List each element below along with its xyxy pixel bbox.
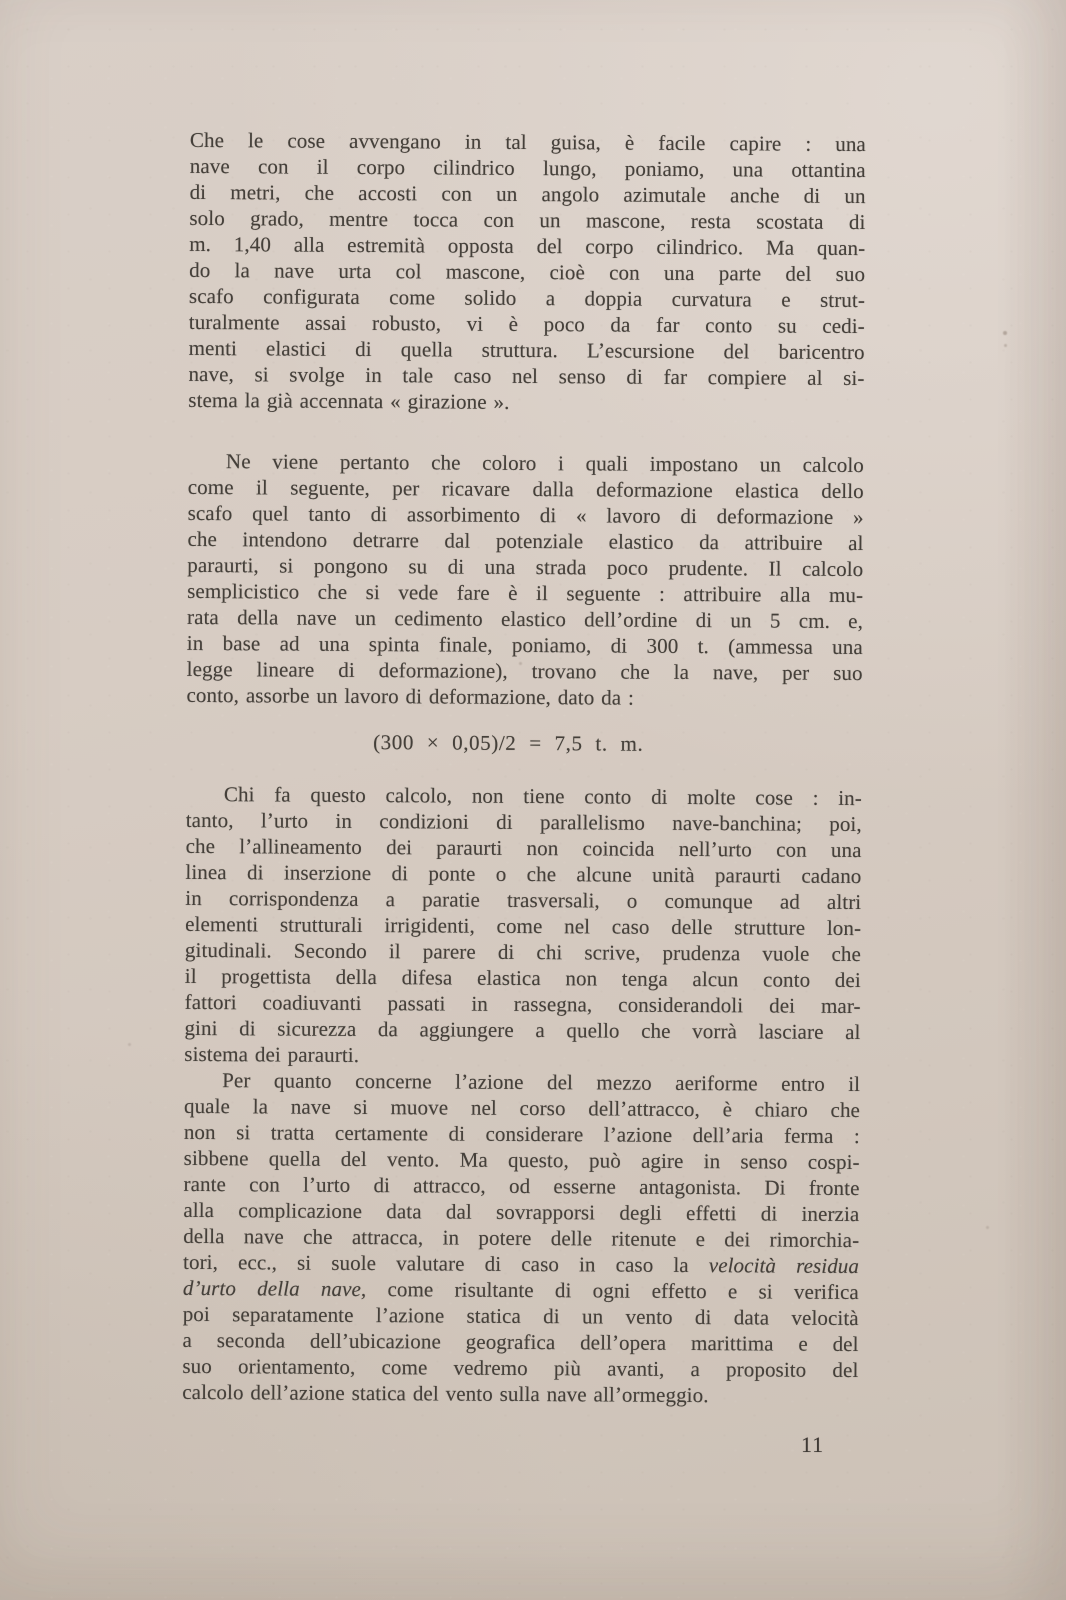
- paper-speck: [986, 1226, 989, 1229]
- text-line: della nave che attracca, in potere delle…: [183, 1223, 859, 1253]
- text-line: sistema dei paraurti.: [184, 1041, 860, 1071]
- text-column: Che le cose avvengano in tal guisa, è fa…: [182, 127, 866, 1409]
- text-line: a seconda dell’ubicazione geografica del…: [183, 1327, 859, 1357]
- text-line: nave, si svolge in tale caso nel senso d…: [188, 361, 864, 391]
- paper-speck: [1004, 344, 1007, 347]
- text-line: Chi fa questo calcolo, non tiene conto d…: [186, 781, 862, 811]
- text-line: alla complicazione data dal sovrapporsi …: [183, 1197, 859, 1227]
- text-line: scafo configurata come solido a doppia c…: [189, 283, 865, 313]
- text-line: turalmente assai robusto, vi è poco da f…: [189, 309, 865, 339]
- paragraph: Per quanto concerne l’azione del mezzo a…: [182, 1067, 860, 1409]
- text-line: linea di inserzione di ponte o che alcun…: [185, 859, 861, 889]
- text-line: d’urto della nave, come risultante di og…: [183, 1275, 859, 1305]
- text-line: rata della nave un cedimento elastico de…: [187, 604, 863, 634]
- paper-speck: [1003, 331, 1007, 335]
- text-line: gini di sicurezza da aggiungere a quello…: [184, 1015, 860, 1045]
- paper-speck: [519, 662, 522, 665]
- text-line: sibbene quella del vento. Ma questo, può…: [184, 1145, 860, 1175]
- text-line: Ne viene pertanto che coloro i quali imp…: [188, 448, 864, 478]
- text-line: suo orientamento, come vedremo più avant…: [182, 1353, 858, 1383]
- paragraph: Chi fa questo calcolo, non tiene conto d…: [184, 781, 862, 1071]
- text-line: m. 1,40 alla estremità opposta del corpo…: [189, 231, 865, 261]
- text-line: semplicistico che si vede fare è il segu…: [187, 578, 863, 608]
- text-line: Per quanto concerne l’azione del mezzo a…: [184, 1067, 860, 1097]
- text-line: paraurti, si pongono su di una strada po…: [187, 552, 863, 582]
- text-line: quale la nave si muove nel corso dell’at…: [184, 1093, 860, 1123]
- page-number: 11: [801, 1432, 824, 1458]
- text-line: tanto, l’urto in condizioni di paralleli…: [186, 807, 862, 837]
- text-line: gitudinali. Secondo il parere di chi scr…: [185, 937, 861, 967]
- text-line: di metri, che accosti con un angolo azim…: [190, 179, 866, 209]
- text-line: stema la già accennata « girazione ».: [188, 387, 864, 417]
- text-line: in base ad una spinta finale, poniamo, d…: [187, 630, 863, 660]
- paper-speck: [128, 1043, 131, 1046]
- text-line: in corrispondenza a paratie trasversali,…: [185, 885, 861, 915]
- paragraph: Ne viene pertanto che coloro i quali imp…: [186, 448, 864, 712]
- text-line: come il seguente, per ricavare dalla def…: [188, 474, 864, 504]
- paragraph: Che le cose avvengano in tal guisa, è fa…: [188, 127, 866, 417]
- text-line: legge lineare di deformazione), trovano …: [187, 656, 863, 686]
- text-line: Che le cose avvengano in tal guisa, è fa…: [190, 127, 866, 157]
- text-line: che l’allineamento dei paraurti non coin…: [186, 833, 862, 863]
- text-line: menti elastici di quella struttura. L’es…: [189, 335, 865, 365]
- text-line: scafo quel tanto di assorbimento di « la…: [188, 500, 864, 530]
- text-line: poi separatamente l’azione statica di un…: [183, 1301, 859, 1331]
- text-line: fattori coadiuvanti passati in rassegna,…: [185, 989, 861, 1019]
- formula: (300 × 0,05)/2 = 7,5 t. m.: [170, 728, 846, 758]
- text-line: rante con l’urto di attracco, od esserne…: [183, 1171, 859, 1201]
- text-line: non si tratta certamente di considerare …: [184, 1119, 860, 1149]
- text-line: calcolo dell’azione statica del vento su…: [182, 1379, 858, 1409]
- text-line: conto, assorbe un lavoro di deformazione…: [186, 682, 862, 712]
- text-line: il progettista della difesa elastica non…: [185, 963, 861, 993]
- text-line: nave con il corpo cilindrico lungo, poni…: [190, 153, 866, 183]
- text-line: solo grado, mentre tocca con un mascone,…: [189, 205, 865, 235]
- text-line: do la nave urta col mascone, cioè con un…: [189, 257, 865, 287]
- text-line: che intendono detrarre dal potenziale el…: [187, 526, 863, 556]
- text-line: elementi strutturali irrigidenti, come n…: [185, 911, 861, 941]
- book-page-photo: Che le cose avvengano in tal guisa, è fa…: [0, 0, 1066, 1600]
- text-line: tori, ecc., si suole valutare di caso in…: [183, 1249, 859, 1279]
